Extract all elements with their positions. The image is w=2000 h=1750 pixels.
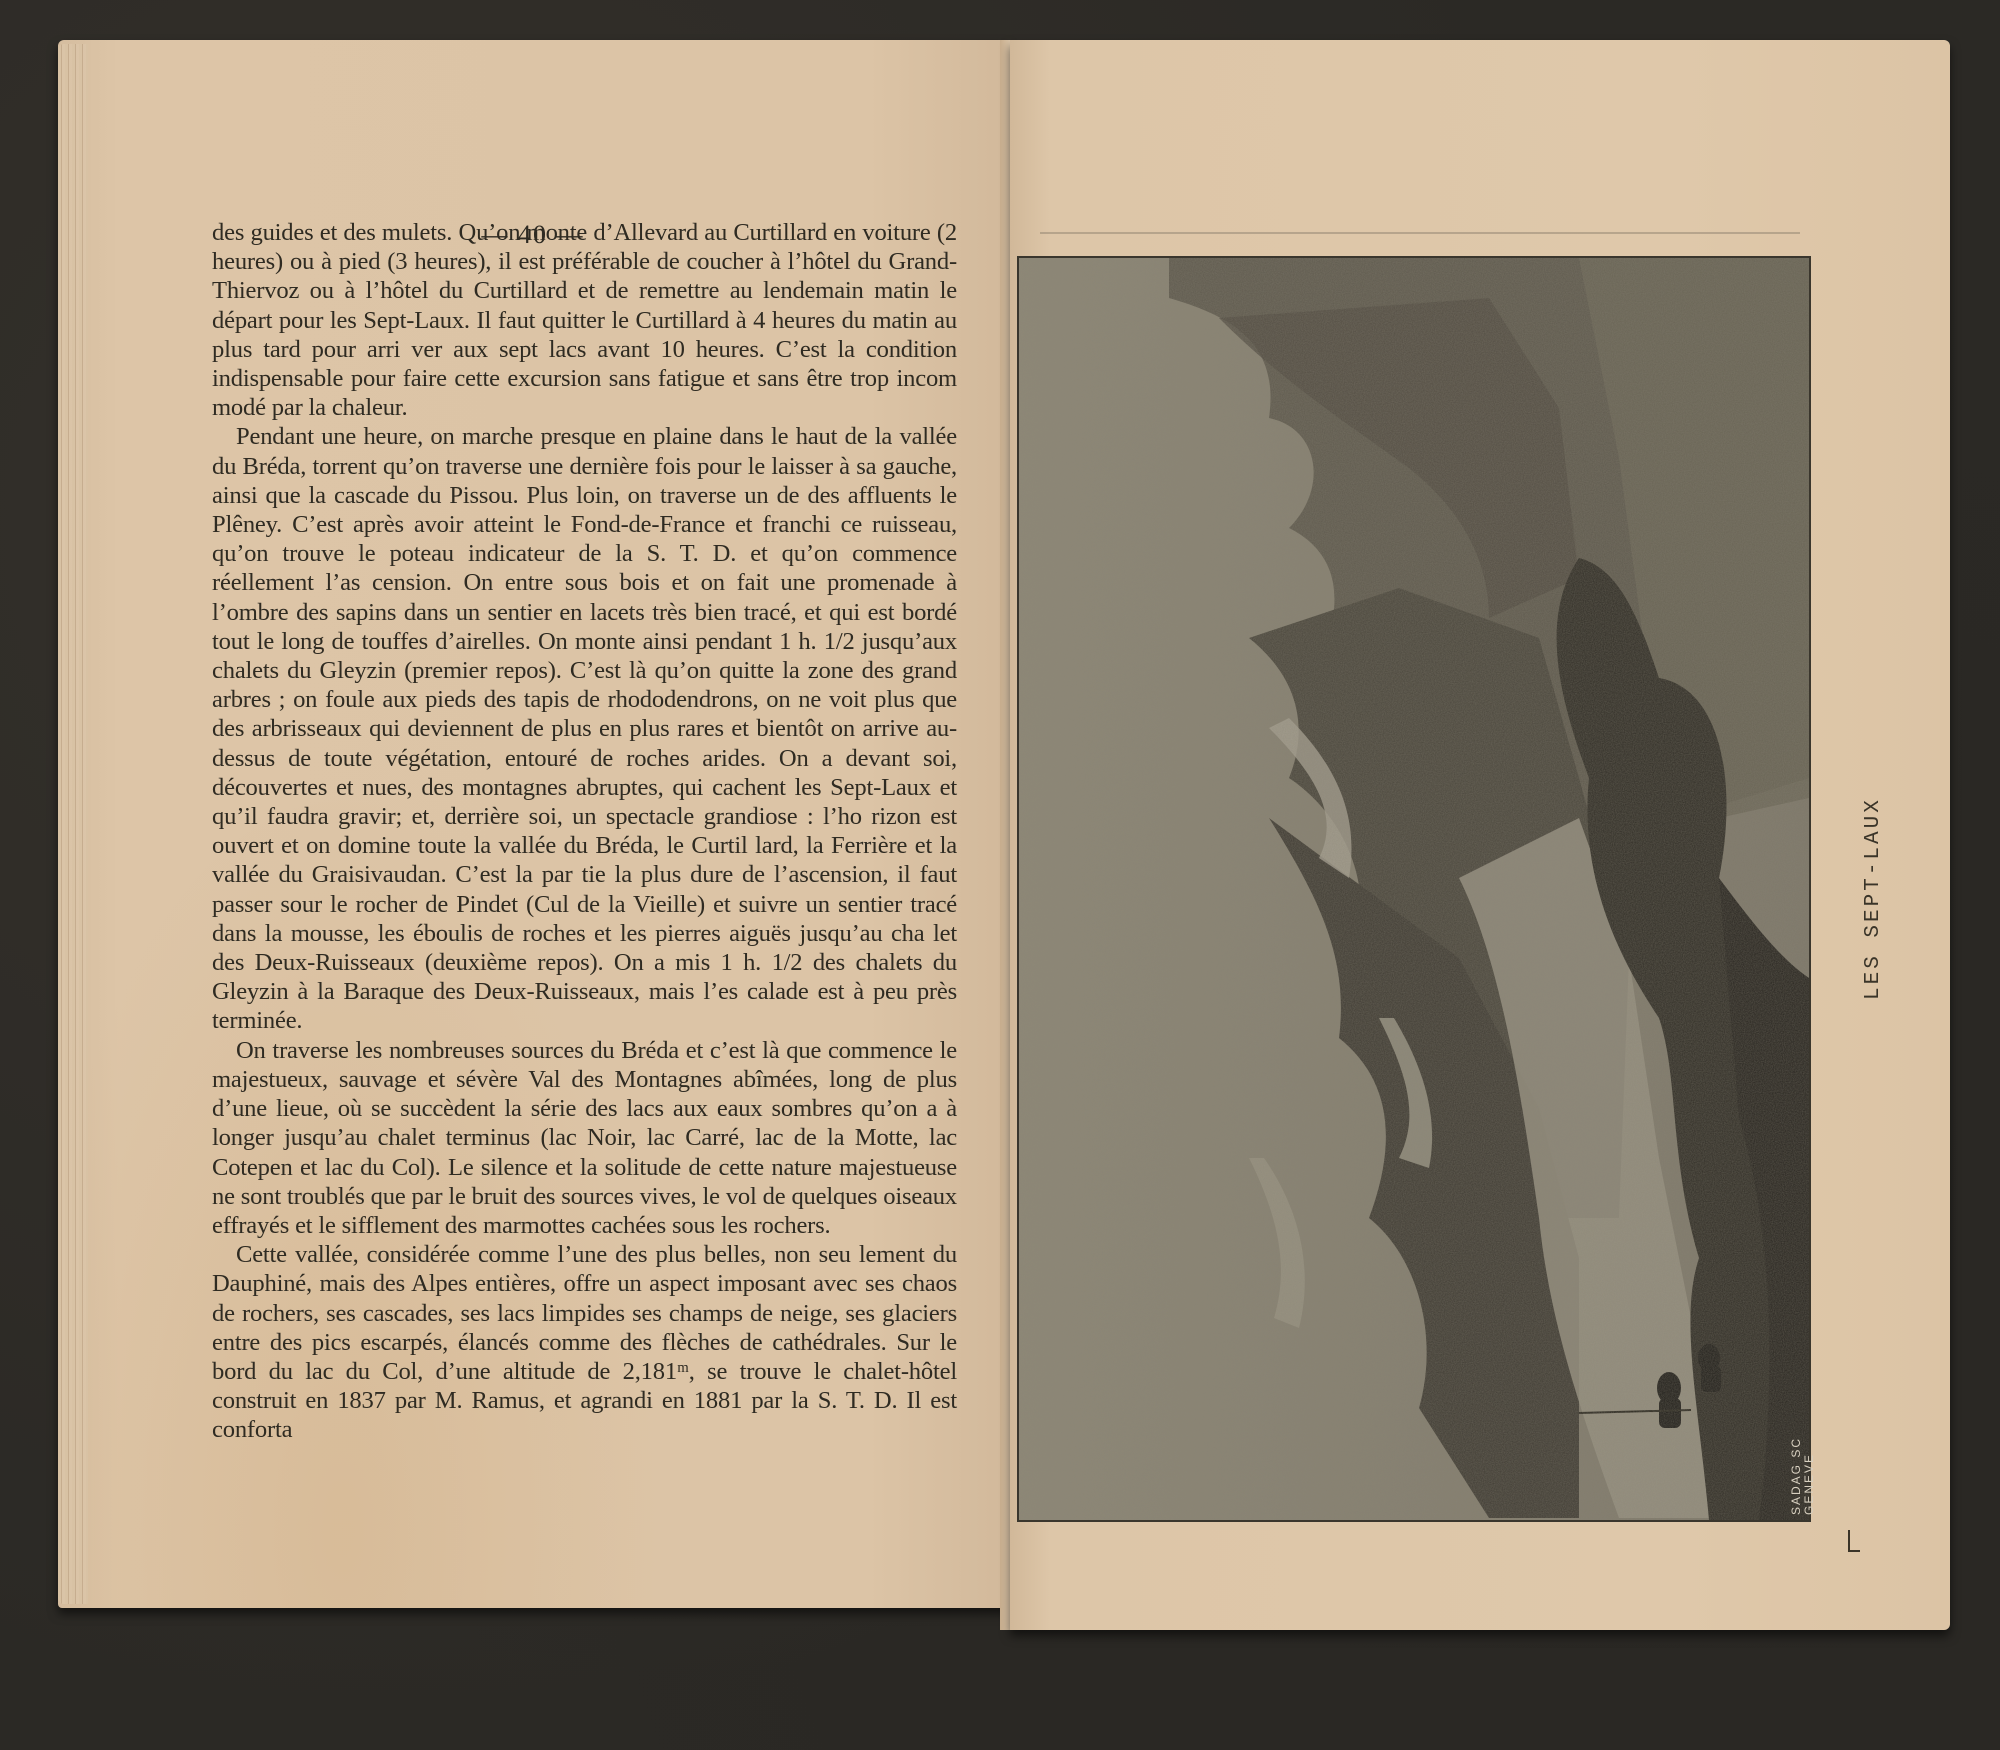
plate-border-line xyxy=(1040,232,1800,234)
running-head-vertical: LES SEPT-LAUX xyxy=(1862,797,1885,1000)
paragraph-1: des guides et des mulets. Qu’on monte d’… xyxy=(212,218,957,422)
paragraph-3: On traverse les nombreuses sources du Br… xyxy=(212,1036,957,1240)
engraver-signature: SADAG SC GENEVE xyxy=(1790,1437,1816,1515)
plate-corner-mark xyxy=(1848,1530,1860,1552)
mountain-lake-illustration xyxy=(1019,258,1809,1520)
paragraph-2: Pendant une heure, on marche presque en … xyxy=(212,422,957,1035)
stacked-page-edges xyxy=(58,44,88,1604)
paragraph-4: Cette vallée, considérée comme l’une des… xyxy=(212,1240,957,1444)
body-text: des guides et des mulets. Qu’on monte d’… xyxy=(212,218,957,1445)
engraving-plate xyxy=(1017,256,1811,1522)
